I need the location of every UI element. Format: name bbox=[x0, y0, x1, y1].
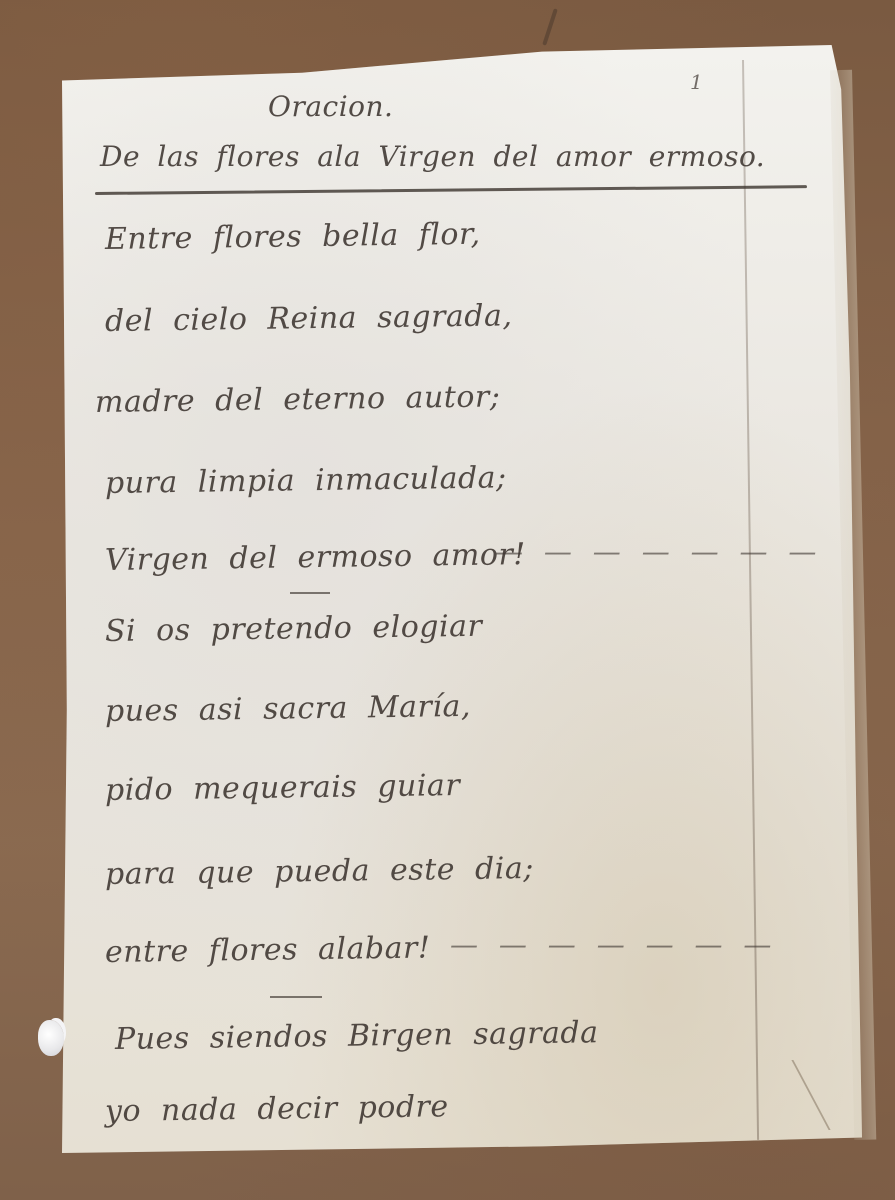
page-subtitle: De las flores ala Virgen del amor ermoso… bbox=[100, 140, 765, 173]
verse-line: madre del eterno autor; bbox=[95, 379, 501, 420]
verse-line: Pues siendos Birgen sagrada bbox=[115, 1015, 599, 1057]
verse-line: pura limpia inmaculada; bbox=[105, 460, 507, 501]
background-pencil-mark bbox=[542, 8, 558, 45]
manuscript-page bbox=[62, 45, 862, 1153]
binding-thread bbox=[38, 1020, 64, 1056]
verse-line: para que pueda este dia; bbox=[105, 851, 534, 892]
verse-line: Entre flores bella flor, bbox=[105, 217, 481, 257]
verse-line: yo nada decir podre bbox=[105, 1089, 449, 1129]
page-number: 1 bbox=[690, 70, 703, 94]
line-filler-dashes: — — — — — — — bbox=[495, 535, 822, 568]
verse-line: pues asi sacra María, bbox=[105, 689, 471, 729]
verse-line: Virgen del ermoso amor! bbox=[105, 537, 526, 578]
abbreviation-mark bbox=[290, 592, 330, 594]
verse-line: entre flores alabar! bbox=[105, 930, 431, 970]
verse-line: del cielo Reina sagrada, bbox=[105, 298, 513, 339]
verse-line: Si os pretendo elogiar bbox=[105, 609, 483, 649]
page-title: Oracion. bbox=[268, 90, 393, 123]
verse-line: pido mequerais guiar bbox=[105, 768, 461, 808]
abbreviation-mark bbox=[270, 996, 322, 998]
line-filler-dashes: — — — — — — — bbox=[450, 928, 777, 961]
